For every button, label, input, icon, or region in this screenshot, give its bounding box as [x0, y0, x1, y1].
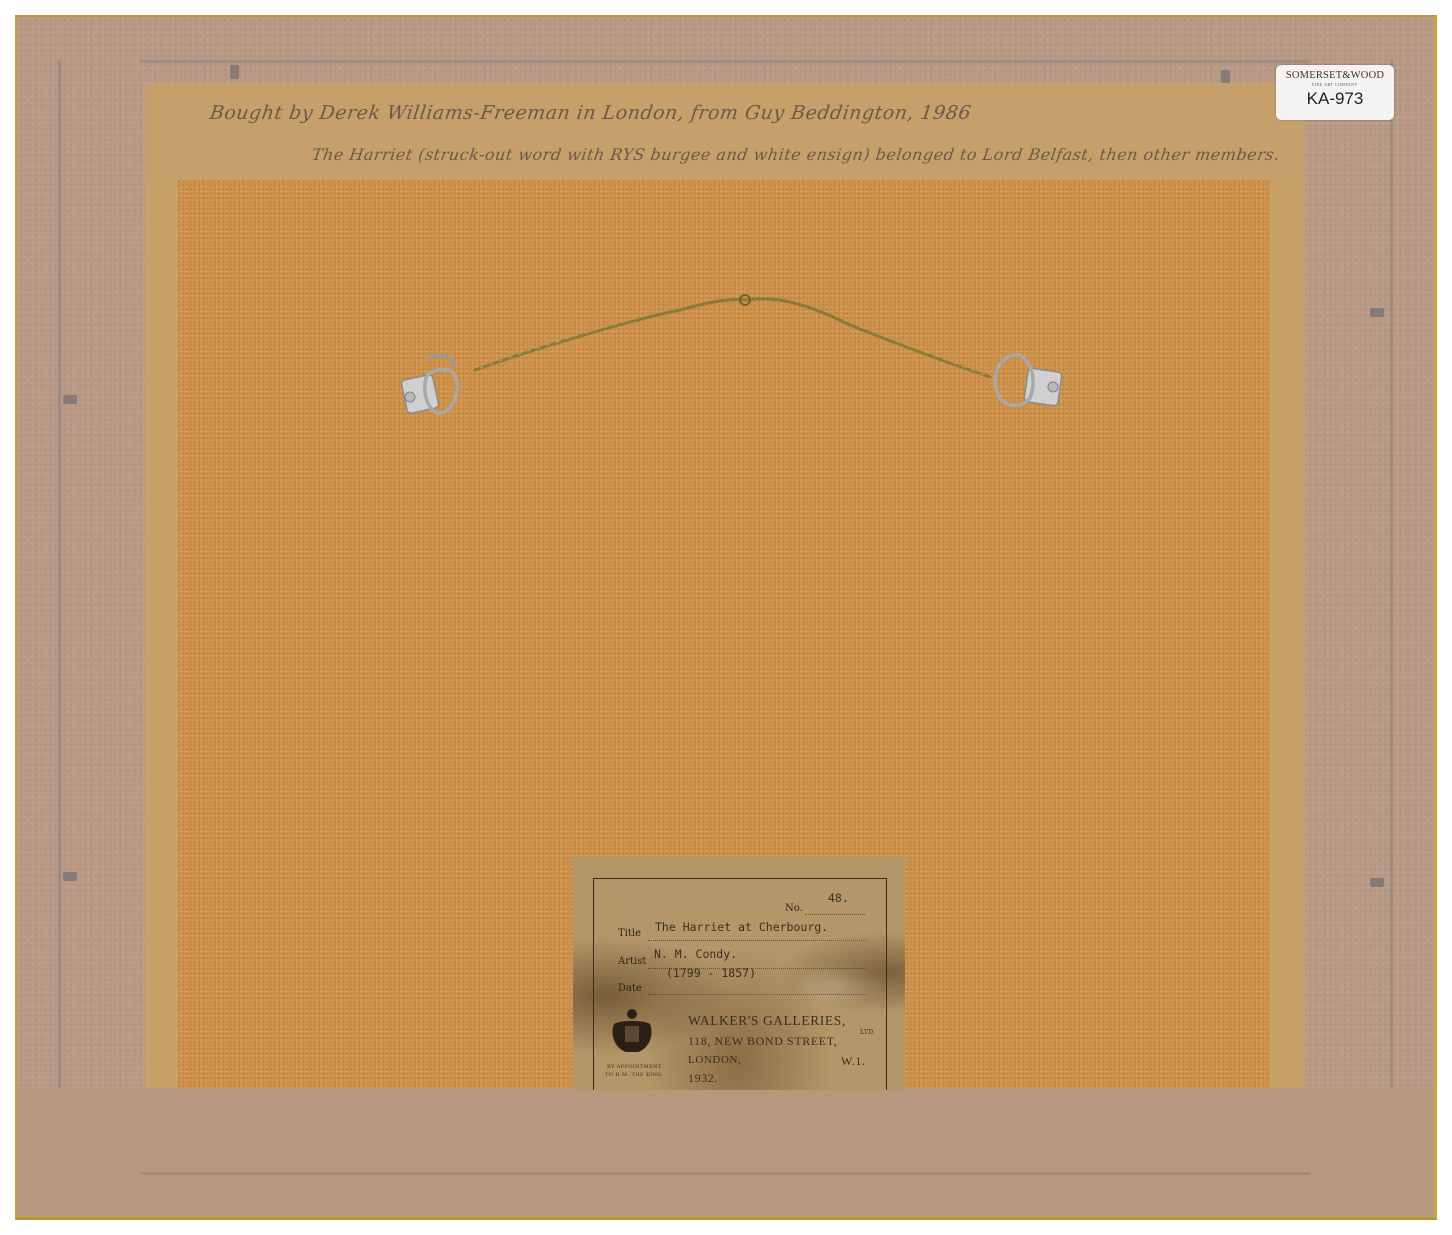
frame-tack [230, 65, 239, 79]
sticker-inventory-code: KA-973 [1276, 89, 1394, 109]
tape-crease-line [1390, 60, 1393, 1180]
sticker-subtitle: FINE ART COMPANY [1276, 82, 1394, 87]
backing-mat-note-strip [145, 83, 1305, 183]
label-number-caption: No. [785, 903, 803, 914]
inventory-sticker: SOMERSET&WOOD FINE ART COMPANY KA-973 [1276, 65, 1394, 120]
label-gallery-ltd: LTD. [860, 1029, 876, 1036]
label-dotted-line [648, 968, 866, 969]
handwritten-provenance-note: Bought by Derek Williams-Freeman in Lond… [208, 102, 972, 124]
frame-tack [63, 872, 77, 881]
label-appointment-line1: BY APPOINTMENT [607, 1064, 662, 1070]
label-gallery-address: 118, NEW BOND STREET, [688, 1034, 837, 1049]
handwritten-history-note: The Harriet (struck-out word with RYS bu… [311, 145, 1281, 164]
frame-tack [1370, 308, 1384, 317]
label-title-value: The Harriet at Cherbourg. [655, 920, 828, 934]
label-number-value: 48. [828, 891, 849, 905]
label-gallery-postcode: W.1. [841, 1054, 866, 1069]
label-dotted-line [648, 994, 866, 995]
label-title-caption: Title [618, 928, 641, 939]
label-gallery-name: WALKER'S GALLERIES, [688, 1013, 846, 1029]
label-artist-value: N. M. Condy. [654, 947, 737, 961]
hanging-wire [475, 299, 990, 377]
left-d-ring-hanger [401, 355, 457, 414]
hanging-wire-assembly [380, 280, 1100, 430]
right-d-ring-hanger [995, 355, 1062, 407]
label-gallery-year: 1932. [688, 1071, 718, 1086]
label-artist-caption: Artist [618, 956, 646, 967]
label-dotted-line [648, 940, 866, 941]
frame-tack [63, 395, 77, 404]
tape-crease-line [140, 1172, 1310, 1175]
label-date-caption: Date [618, 983, 642, 994]
label-appointment-line2: TO H.M. THE KING [605, 1072, 662, 1078]
label-dotted-line [805, 914, 865, 915]
royal-coat-of-arms-icon [606, 1006, 658, 1056]
tape-crease-line [140, 60, 1310, 63]
sticker-brand: SOMERSET&WOOD [1276, 70, 1394, 81]
bottom-tape-strip [17, 1088, 1433, 1216]
label-gallery-city: LONDON, [688, 1054, 741, 1066]
frame-tack [1370, 878, 1384, 887]
frame-tack [1221, 70, 1230, 84]
walkers-galleries-label: No. 48. Title The Harriet at Cherbourg. … [573, 856, 905, 1090]
tape-crease-line [58, 60, 61, 1180]
